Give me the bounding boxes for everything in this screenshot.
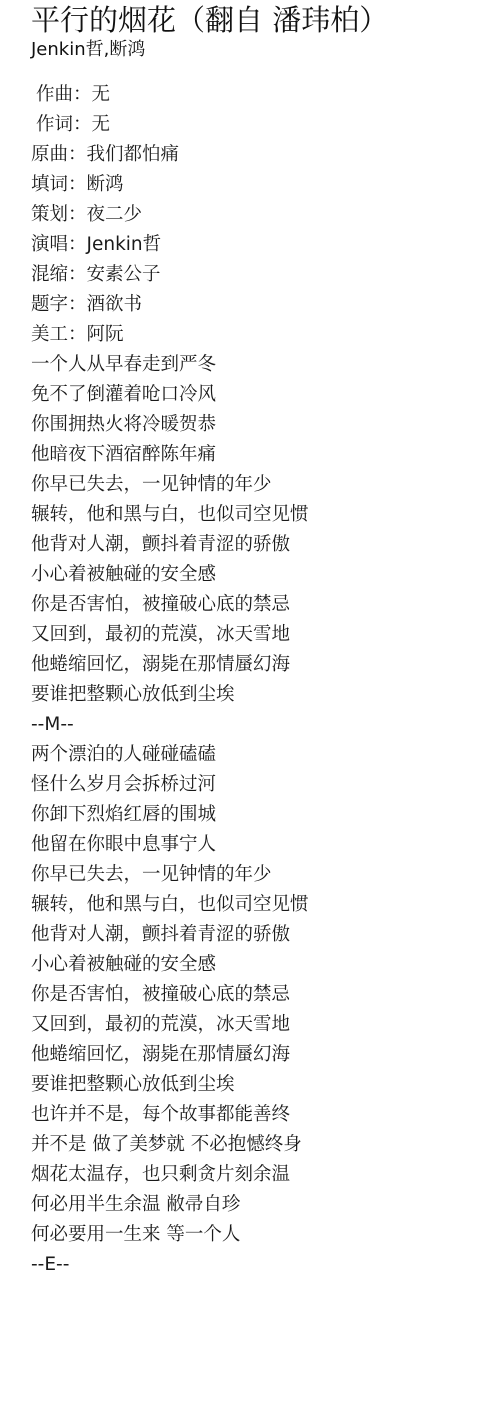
lyric-line: 他暗夜下酒宿醉陈年痛 (31, 440, 500, 470)
lyric-line: 何必用半生余温 敝帚自珍 (31, 1190, 500, 1220)
lyric-line: 烟花太温存，也只剩贪片刻余温 (31, 1160, 500, 1190)
section-marker: --E-- (31, 1250, 500, 1280)
lyric-line: 他蜷缩回忆，溺毙在那情蜃幻海 (31, 1040, 500, 1070)
lyric-line: 免不了倒灌着呛口冷风 (31, 380, 500, 410)
lyric-line: 并不是 做了美梦就 不必抱憾终身 (31, 1130, 500, 1160)
credit-line: 原曲：我们都怕痛 (31, 140, 500, 170)
credit-line: 作词：无 (31, 110, 500, 140)
lyric-line: 你是否害怕，被撞破心底的禁忌 (31, 980, 500, 1010)
lyrics-body: 作曲：无 作词：无 原曲：我们都怕痛 填词：断鸿 策划：夜二少 演唱：Jenki… (31, 80, 500, 1280)
lyric-lines: 一个人从早春走到严冬 免不了倒灌着呛口冷风 你围拥热火将冷暖贺恭 他暗夜下酒宿醉… (31, 350, 500, 1280)
credit-line: 填词：断鸿 (31, 170, 500, 200)
lyric-line: 你围拥热火将冷暖贺恭 (31, 410, 500, 440)
lyric-line: 一个人从早春走到严冬 (31, 350, 500, 380)
lyric-line: 怪什么岁月会拆桥过河 (31, 770, 500, 800)
credit-line: 题字：酒欲书 (31, 290, 500, 320)
lyric-line: 小心着被触碰的安全感 (31, 950, 500, 980)
lyric-line: 你是否害怕，被撞破心底的禁忌 (31, 590, 500, 620)
credits-list: 作曲：无 作词：无 原曲：我们都怕痛 填词：断鸿 策划：夜二少 演唱：Jenki… (31, 80, 500, 350)
lyric-line: 你卸下烈焰红唇的围城 (31, 800, 500, 830)
lyric-line: 又回到，最初的荒漠，冰天雪地 (31, 620, 500, 650)
lyric-line: 两个漂泊的人碰碰磕磕 (31, 740, 500, 770)
lyric-line: 何必要用一生来 等一个人 (31, 1220, 500, 1250)
credit-line: 美工：阿阮 (31, 320, 500, 350)
section-marker: --M-- (31, 710, 500, 740)
lyric-line: 小心着被触碰的安全感 (31, 560, 500, 590)
lyric-line: 他留在你眼中息事宁人 (31, 830, 500, 860)
lyric-line: 也许并不是，每个故事都能善终 (31, 1100, 500, 1130)
lyric-line: 要谁把整颗心放低到尘埃 (31, 1070, 500, 1100)
credit-line: 策划：夜二少 (31, 200, 500, 230)
lyric-line: 辗转，他和黑与白，也似司空见惯 (31, 890, 500, 920)
credit-line: 演唱：Jenkin哲 (31, 230, 500, 260)
credit-line: 作曲：无 (31, 80, 500, 110)
lyric-line: 辗转，他和黑与白，也似司空见惯 (31, 500, 500, 530)
credit-line: 混缩：安素公子 (31, 260, 500, 290)
lyric-line: 又回到，最初的荒漠，冰天雪地 (31, 1010, 500, 1040)
song-artist: Jenkin哲,断鸿 (31, 38, 500, 62)
lyric-line: 他蜷缩回忆，溺毙在那情蜃幻海 (31, 650, 500, 680)
lyric-line: 你早已失去，一见钟情的年少 (31, 470, 500, 500)
lyric-line: 他背对人潮，颤抖着青涩的骄傲 (31, 920, 500, 950)
lyric-line: 他背对人潮，颤抖着青涩的骄傲 (31, 530, 500, 560)
song-title: 平行的烟花（翻自 潘玮柏） (31, 0, 500, 38)
lyrics-page: 平行的烟花（翻自 潘玮柏） Jenkin哲,断鸿 作曲：无 作词：无 原曲：我们… (0, 0, 500, 1280)
lyric-line: 你早已失去，一见钟情的年少 (31, 860, 500, 890)
lyric-line: 要谁把整颗心放低到尘埃 (31, 680, 500, 710)
